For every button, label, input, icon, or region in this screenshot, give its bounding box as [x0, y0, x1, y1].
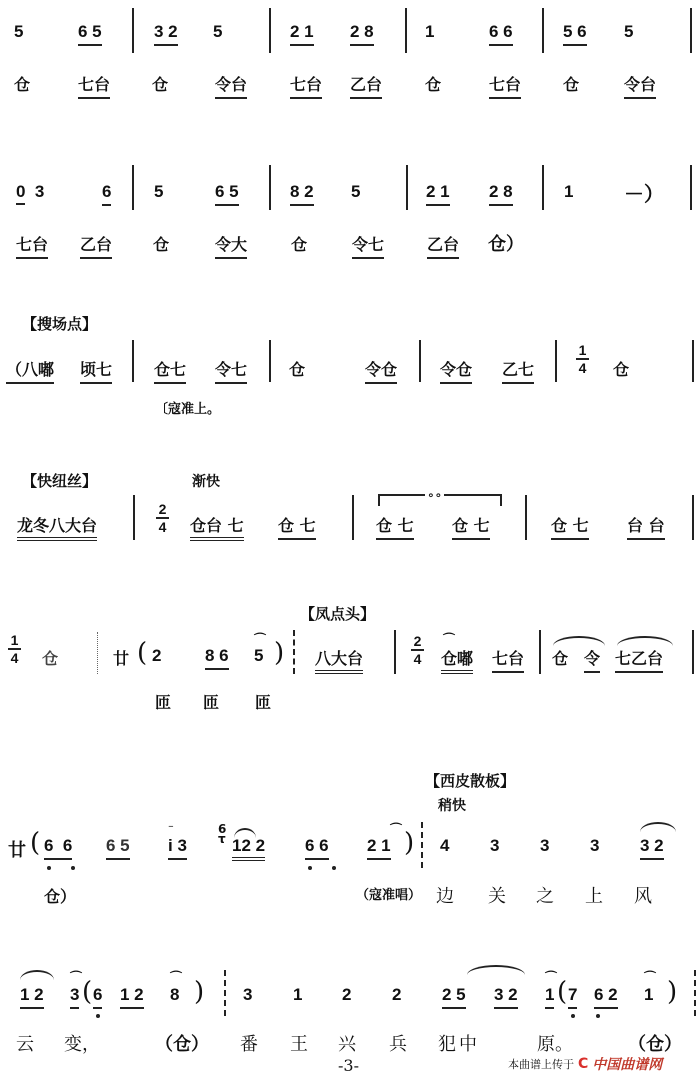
time-signature: 1 4: [8, 633, 21, 665]
singer-direction: （寇准唱）: [356, 884, 421, 903]
note-group: 8 2: [290, 182, 314, 206]
barline: [525, 495, 527, 540]
barline: [692, 495, 694, 540]
percussion-syllable: 令: [584, 646, 600, 673]
san-ban-mark: 廿: [8, 836, 26, 862]
open-paren: (: [82, 977, 92, 1007]
barline: [690, 8, 692, 53]
tempo-marking: 稍快: [438, 795, 466, 815]
watermark: 本曲谱上传于 C 中国曲谱网: [508, 1054, 662, 1074]
note: 3: [243, 985, 252, 1005]
percussion-syllable: 乙台: [350, 72, 382, 99]
note: 6: [93, 985, 102, 1009]
percussion-syllable: 仓台 七: [190, 513, 244, 541]
note-group: 3 2: [154, 22, 178, 46]
note: 4: [440, 836, 449, 856]
percussion-syllable: 七台: [16, 232, 48, 259]
low-octave-dot: [571, 1014, 575, 1018]
percussion-syllable: 仓 七: [551, 513, 589, 540]
slur-icon: [467, 965, 525, 975]
note-group: 6 6: [489, 22, 513, 46]
note-group: 5 6: [563, 22, 587, 46]
percussion-syllable: 仓: [425, 72, 441, 95]
barline: [539, 630, 541, 674]
note-group: 2 5: [442, 985, 466, 1009]
barline: [405, 8, 407, 53]
percussion-syllable: 仓: [291, 232, 307, 255]
lyric: 匝: [203, 690, 219, 713]
percussion-syllable: 仓）: [488, 230, 524, 256]
percussion-syllable: 顷七: [80, 357, 112, 384]
note-group: 8 6: [205, 646, 229, 670]
close-paren: ): [667, 977, 677, 1007]
barline: [542, 8, 544, 53]
note: 3: [590, 836, 599, 856]
percussion-syllable: （八嘟: [6, 357, 54, 384]
note: 8: [170, 985, 179, 1005]
note: 2: [152, 646, 161, 666]
fermata-icon: ⌒: [70, 968, 82, 985]
lyric: 番: [240, 1030, 258, 1056]
note-group: 2 1: [367, 836, 391, 860]
note: 5: [213, 22, 222, 42]
note-group: 12 2: [232, 836, 265, 861]
percussion-syllable: 令七: [352, 232, 384, 259]
note-group: 1 2: [20, 985, 44, 1009]
note-group: 3 2: [640, 836, 664, 860]
lyric: 王: [290, 1030, 308, 1056]
percussion-syllable: 仓）: [44, 884, 76, 907]
percussion-syllable: 八大台: [315, 646, 363, 674]
lyric: 兴: [338, 1030, 356, 1056]
open-paren: (: [137, 638, 147, 668]
note: 1: [293, 985, 302, 1005]
barline: [269, 165, 271, 210]
note: 7: [568, 985, 577, 1009]
note-group: 6 6: [305, 836, 329, 860]
percussion-syllable: 仓: [14, 72, 30, 95]
stage-direction: 〔寇准上。: [155, 398, 220, 417]
note: 5: [154, 182, 163, 202]
trill-icon: τ: [218, 832, 226, 846]
note: 3: [540, 836, 549, 856]
lyric: 犯中: [438, 1030, 480, 1056]
lyric: 关: [488, 882, 506, 908]
grace-mark: ⁻: [168, 822, 174, 835]
time-signature: 2 4: [156, 502, 169, 534]
slur-icon: [617, 636, 673, 646]
note: 5: [254, 646, 263, 666]
note: 2: [342, 985, 351, 1005]
time-signature: 1 4: [576, 343, 589, 375]
low-octave-dot: [71, 866, 75, 870]
percussion-syllable: 台 台: [627, 513, 665, 540]
fermata-icon: ⌒: [644, 968, 656, 985]
note-group: 2 1: [290, 22, 314, 46]
upload-text: 本曲谱上传于: [508, 1056, 574, 1072]
percussion-syllable: 七台: [492, 646, 524, 673]
san-ban-mark: 廿: [113, 646, 129, 669]
fermata-icon: ⌒: [390, 820, 402, 837]
note-group: 6 5: [106, 836, 130, 860]
barline: [555, 340, 557, 382]
percussion-syllable: 仓: [152, 72, 168, 95]
percussion-syllable: 七乙台: [615, 646, 663, 673]
barline: [419, 340, 421, 382]
barline: [269, 340, 271, 382]
low-octave-dot: [596, 1014, 600, 1018]
percussion-syllable: 仓 七: [452, 513, 490, 540]
low-octave-dot: [332, 866, 336, 870]
note-group: 1 2: [120, 985, 144, 1009]
barline: [690, 165, 692, 210]
barline: [692, 340, 694, 382]
open-paren: (: [557, 977, 567, 1007]
low-octave-dot: [308, 866, 312, 870]
note-group: 2 1: [426, 182, 450, 206]
percussion-syllable: 仓 七: [278, 513, 316, 540]
percussion-syllable: 仓七: [154, 357, 186, 384]
percussion-syllable: 乙台: [80, 232, 112, 259]
percussion-syllable: 令七: [215, 357, 247, 384]
fermata-icon: ⌒: [170, 968, 182, 985]
note: 5: [351, 182, 360, 202]
percussion-syllable: 七台: [78, 72, 110, 99]
note: 0: [16, 182, 25, 205]
lyric: 边: [436, 882, 454, 908]
fermata-icon: ⌒: [545, 968, 557, 985]
percussion-syllable: 乙七: [502, 357, 534, 384]
percussion-syllable: 令大: [215, 232, 247, 259]
site-logo-icon: C: [578, 1056, 588, 1072]
barline: [133, 495, 135, 540]
percussion-syllable: 七台: [489, 72, 521, 99]
lyric: 匝: [255, 690, 271, 713]
note: 2: [392, 985, 401, 1005]
section-label: 【快纽丝】: [22, 470, 97, 491]
percussion-syllable: 龙冬八大台: [17, 513, 97, 541]
time-signature: 2 4: [411, 634, 424, 666]
note: 3: [70, 985, 79, 1009]
close-paren: ): [404, 828, 414, 858]
percussion-syllable: 令仓: [440, 357, 472, 384]
barline: [692, 630, 694, 674]
low-octave-dot: [47, 866, 51, 870]
note-group: 0 3: [16, 182, 44, 202]
note: 1: [564, 182, 573, 202]
note: 5: [624, 22, 633, 42]
close-paren: ): [194, 977, 204, 1007]
close-paren: ): [274, 638, 284, 668]
barline: [269, 8, 271, 53]
note-group: 6 5: [215, 182, 239, 206]
fermata-icon: ⌒: [254, 630, 266, 647]
lyric: 变，: [64, 1030, 100, 1056]
percussion-syllable: 令台: [624, 72, 656, 99]
slur-icon: [20, 970, 54, 980]
section-label: 【搜场点】: [22, 313, 97, 334]
note: 3: [490, 836, 499, 856]
tempo-marking: 渐快: [192, 471, 220, 491]
barline: [394, 630, 396, 674]
note-group: 6 5: [78, 22, 102, 46]
note-group: 6 6: [44, 836, 72, 860]
low-octave-dot: [96, 1014, 100, 1018]
dashed-barline: [421, 822, 423, 868]
barline: [132, 165, 134, 210]
note: 6: [102, 182, 111, 206]
note-group: 2 8: [489, 182, 513, 206]
note: 1: [425, 22, 434, 42]
note-group: 6 2: [594, 985, 618, 1009]
lyric: 云: [16, 1030, 34, 1056]
percussion-syllable: 仓: [153, 232, 169, 255]
barline: [352, 495, 354, 540]
percussion-syllable: 仓: [613, 357, 629, 380]
percussion-syllable: 仓嘟: [441, 646, 473, 674]
slur-icon: [640, 822, 676, 832]
slur-icon: [553, 636, 605, 646]
note-group: 3 2: [494, 985, 518, 1009]
dashed-barline: [293, 630, 295, 674]
note-group: i 3: [168, 836, 187, 860]
percussion-syllable: 乙台: [427, 232, 459, 259]
percussion-syllable: （仓）: [628, 1030, 682, 1056]
lyric: 原。: [537, 1030, 573, 1056]
percussion-syllable: 仓: [289, 357, 305, 380]
lyric: 上: [585, 882, 603, 908]
barline: [132, 340, 134, 382]
section-label: 【西皮散板】: [425, 770, 515, 791]
percussion-syllable: 令台: [215, 72, 247, 99]
percussion-syllable: 仓 七: [376, 513, 414, 540]
page-number: -3-: [338, 1056, 359, 1075]
note: 1: [545, 985, 554, 1009]
fermata-icon: ⌒: [443, 630, 455, 647]
percussion-syllable: 仓: [42, 646, 58, 669]
percussion-syllable: （仓）: [155, 1030, 209, 1056]
note: 1: [644, 985, 653, 1005]
percussion-syllable: 七台: [290, 72, 322, 99]
section-label: 【凤点头】: [300, 603, 375, 624]
site-name[interactable]: 中国曲谱网: [592, 1054, 662, 1074]
note: 5: [14, 22, 23, 42]
barline: [406, 165, 408, 210]
open-paren: (: [30, 828, 40, 858]
percussion-syllable: 仓: [563, 72, 579, 95]
dash-and-paren: －）: [624, 178, 664, 207]
dotted-barline: [97, 632, 98, 674]
lyric: 兵: [389, 1030, 407, 1056]
lyric: 之: [536, 882, 554, 908]
barline: [542, 165, 544, 210]
percussion-syllable: 令仓: [365, 357, 397, 384]
barline: [132, 8, 134, 53]
percussion-syllable: 仓: [552, 646, 568, 669]
lyric: 风: [634, 882, 652, 908]
repeat-mark: ∘∘: [425, 488, 444, 502]
note-group: 2 8: [350, 22, 374, 46]
lyric: 匝: [155, 690, 171, 713]
dashed-barline: [694, 970, 696, 1016]
dashed-barline: [224, 970, 226, 1016]
